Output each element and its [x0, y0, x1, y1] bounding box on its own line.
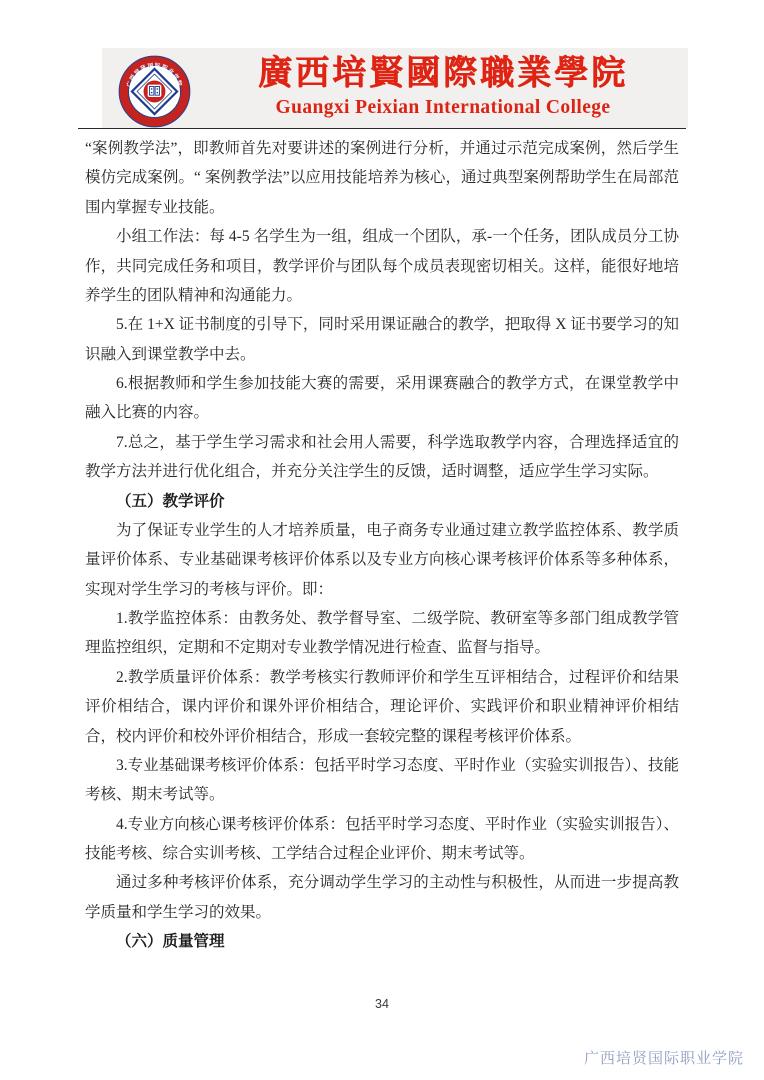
paragraph-system-2: 2.教学质量评价体系：教学考核实行教师评价和学生互评相结合，过程评价和结果评价相…	[85, 663, 679, 751]
heading-quality-management: （六）质量管理	[85, 927, 679, 956]
college-logo: 广西培贤国际职业学院 GUANGXI PEIXIAN INTERNATIONAL…	[118, 55, 191, 128]
paragraph-system-1: 1.教学监控体系：由教务处、教学督导室、二级学院、教研室等多部门组成教学管理监控…	[85, 604, 679, 663]
paragraph-case-teaching: “案例教学法”，即教师首先对要讲述的案例进行分析，并通过示范完成案例，然后学生模…	[85, 134, 679, 222]
college-title-english: Guangxi Peixian International College	[212, 96, 674, 120]
college-header-banner: 广西培贤国际职业学院 GUANGXI PEIXIAN INTERNATIONAL…	[102, 48, 688, 128]
paragraph-evaluation-intro: 为了保证专业学生的人才培养质量，电子商务专业通过建立教学监控体系、教学质量评价体…	[85, 516, 679, 604]
college-logo-emblem: 广西培贤国际职业学院 GUANGXI PEIXIAN INTERNATIONAL…	[118, 55, 191, 128]
document-body: “案例教学法”，即教师首先对要讲述的案例进行分析，并通过示范完成案例，然后学生模…	[85, 134, 679, 957]
page-number: 34	[0, 997, 764, 1011]
header-divider-line	[78, 128, 686, 129]
paragraph-evaluation-summary: 通过多种考核评价体系，充分调动学生学习的主动性与积极性，从而进一步提高教学质量和…	[85, 868, 679, 927]
paragraph-system-3: 3.专业基础课考核评价体系：包括平时学习态度、平时作业（实验实训报告）、技能考核…	[85, 751, 679, 810]
paragraph-system-4: 4.专业方向核心课考核评价体系：包括平时学习态度、平时作业（实验实训报告）、技能…	[85, 810, 679, 869]
college-title-chinese: 廣西培賢國際職業學院	[212, 52, 674, 96]
paragraph-item-6: 6.根据教师和学生参加技能大赛的需要，采用课赛融合的教学方式，在课堂教学中融入比…	[85, 369, 679, 428]
college-titles: 廣西培賢國際職業學院 Guangxi Peixian International…	[212, 52, 674, 120]
heading-teaching-evaluation: （五）教学评价	[85, 487, 679, 516]
paragraph-group-work: 小组工作法：每 4-5 名学生为一组，组成一个团队，承-一个任务，团队成员分工协…	[85, 222, 679, 310]
watermark-college-name: 广西培贤国际职业学院	[584, 1047, 744, 1068]
paragraph-item-5: 5.在 1+X 证书制度的引导下，同时采用课证融合的教学，把取得 X 证书要学习…	[85, 310, 679, 369]
paragraph-item-7: 7.总之，基于学生学习需求和社会用人需要，科学选取教学内容，合理选择适宜的教学方…	[85, 428, 679, 487]
